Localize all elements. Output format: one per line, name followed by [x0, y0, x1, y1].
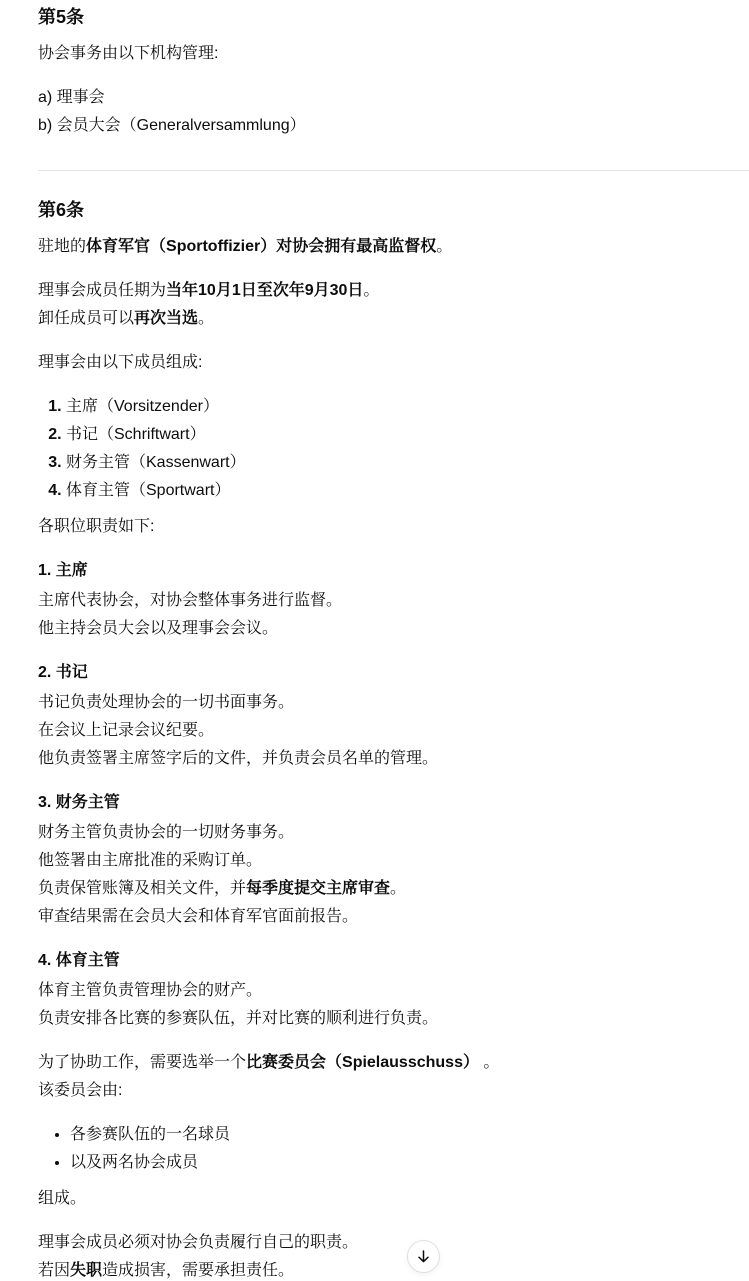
term-paragraph: 理事会成员任期为当年10月1日至次年9月30日。 卸任成员可以再次当选。 [38, 277, 711, 333]
supervision-paragraph: 驻地的体育军官（Sportoffizier）对协会拥有最高监督权。 [38, 233, 711, 261]
list-item: 财务主管（Kassenwart） [66, 449, 711, 477]
text-line: 审查结果需在会员大会和体育军官面前报告。 [38, 903, 711, 931]
text-line: 卸任成员可以再次当选。 [38, 305, 711, 333]
text-line: 财务主管负责协会的一切财务事务。 [38, 819, 711, 847]
text-line: 为了协助工作，需要选举一个比赛委员会（Spielausschuss） 。 [38, 1049, 711, 1077]
list-item: 各参赛队伍的一名球员 [70, 1121, 711, 1149]
body-item-b: b) 会员大会（Generalversammlung） [38, 112, 711, 140]
body-item-a: a) 理事会 [38, 84, 711, 112]
committee-paragraph: 为了协助工作，需要选举一个比赛委员会（Spielausschuss） 。 该委员… [38, 1049, 711, 1105]
role-paragraph-chairman: 主席代表协会，对协会整体事务进行监督。 他主持会员大会以及理事会会议。 [38, 587, 711, 643]
text-line: 主席代表协会，对协会整体事务进行监督。 [38, 587, 711, 615]
text-line: 理事会成员必须对协会负责履行自己的职责。 [38, 1229, 711, 1257]
liability-paragraph: 理事会成员必须对协会负责履行自己的职责。 若因失职造成损害，需要承担责任。 [38, 1229, 711, 1281]
text-line: 负责保管账簿及相关文件，并每季度提交主席审查。 [38, 875, 711, 903]
role-heading-chairman: 1. 主席 [38, 559, 711, 583]
duties-intro: 各职位职责如下: [38, 513, 711, 541]
text-line: 理事会成员任期为当年10月1日至次年9月30日。 [38, 277, 711, 305]
text-line: 该委员会由: [38, 1077, 711, 1105]
role-paragraph-sportwart: 体育主管负责管理协会的财产。 负责安排各比赛的参赛队伍，并对比赛的顺利进行负责。 [38, 977, 711, 1033]
role-paragraph-treasurer: 财务主管负责协会的一切财务事务。 他签署由主席批准的采购订单。 负责保管账簿及相… [38, 819, 711, 931]
text-line: 若因失职造成损害，需要承担责任。 [38, 1257, 711, 1281]
committee-close: 组成。 [38, 1185, 711, 1213]
article-6-heading: 第6条 [38, 197, 711, 223]
text-line: 他负责签署主席签字后的文件，并负责会员名单的管理。 [38, 745, 711, 773]
arrow-down-icon [415, 1248, 432, 1265]
statutes-document: 第5条 协会事务由以下机构管理: a) 理事会 b) 会员大会（Generalv… [0, 0, 749, 1281]
board-member-list: 主席（Vorsitzender） 书记（Schriftwart） 财务主管（Ka… [38, 393, 711, 505]
article-5-intro: 协会事务由以下机构管理: [38, 40, 711, 68]
article-5-bodies: a) 理事会 b) 会员大会（Generalversammlung） [38, 84, 711, 140]
list-item: 主席（Vorsitzender） [66, 393, 711, 421]
text-line: 他签署由主席批准的采购订单。 [38, 847, 711, 875]
committee-member-list: 各参赛队伍的一名球员 以及两名协会成员 [38, 1121, 711, 1177]
text-line: 负责安排各比赛的参赛队伍，并对比赛的顺利进行负责。 [38, 1005, 711, 1033]
article-5-heading: 第5条 [38, 4, 711, 30]
text-line: 驻地的体育军官（Sportoffizier）对协会拥有最高监督权。 [38, 233, 711, 261]
text-line: 他主持会员大会以及理事会会议。 [38, 615, 711, 643]
text-line: 在会议上记录会议纪要。 [38, 717, 711, 745]
text-line: 书记负责处理协会的一切书面事务。 [38, 689, 711, 717]
role-heading-treasurer: 3. 财务主管 [38, 791, 711, 815]
text-line: 体育主管负责管理协会的财产。 [38, 977, 711, 1005]
role-heading-sportwart: 4. 体育主管 [38, 949, 711, 973]
list-item: 体育主管（Sportwart） [66, 477, 711, 505]
scroll-to-bottom-button[interactable] [407, 1240, 440, 1273]
role-paragraph-secretary: 书记负责处理协会的一切书面事务。 在会议上记录会议纪要。 他负责签署主席签字后的… [38, 689, 711, 773]
board-intro: 理事会由以下成员组成: [38, 349, 711, 377]
list-item: 书记（Schriftwart） [66, 421, 711, 449]
section-divider [38, 170, 749, 171]
role-heading-secretary: 2. 书记 [38, 661, 711, 685]
list-item: 以及两名协会成员 [70, 1149, 711, 1177]
